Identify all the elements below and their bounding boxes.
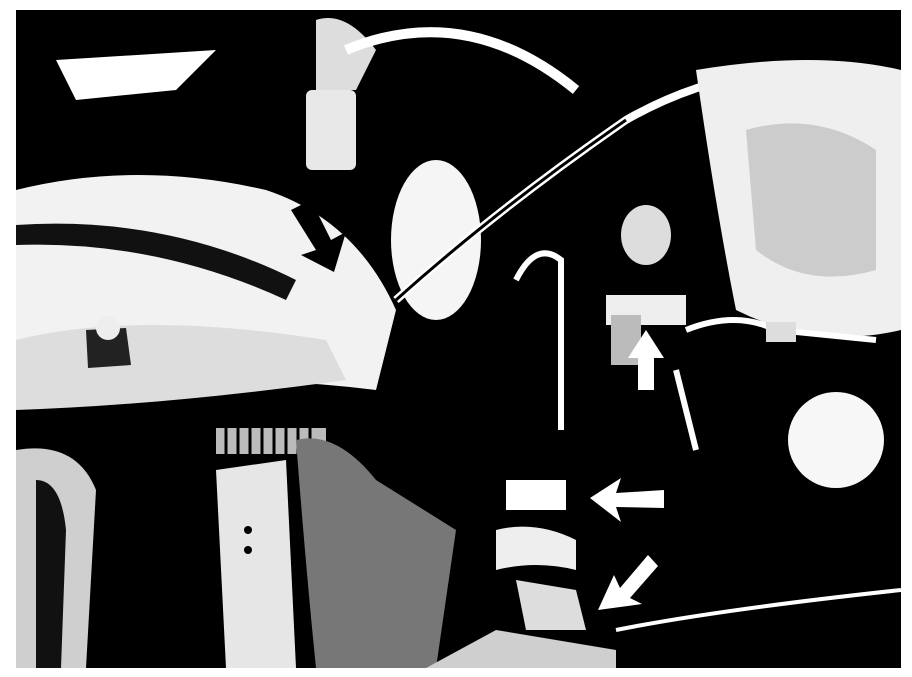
engine-illustration [16, 10, 901, 668]
engine-photo [16, 10, 901, 668]
